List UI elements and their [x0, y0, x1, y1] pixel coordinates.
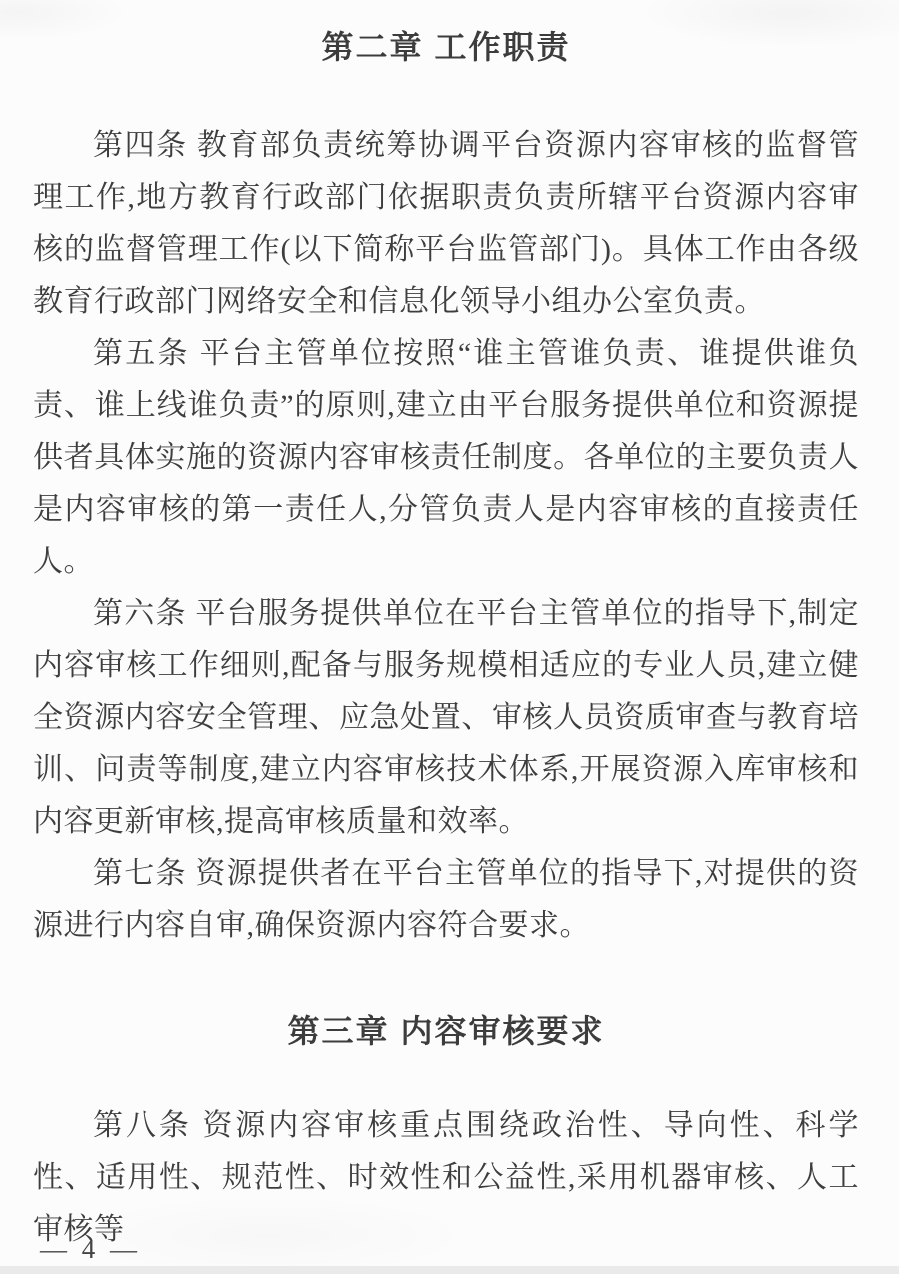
chapter-2-title: 第二章 工作职责: [33, 24, 859, 70]
article-6-paragraph: 第六条 平台服务提供单位在平台主管单位的指导下,制定内容审核工作细则,配备与服务…: [33, 588, 859, 848]
article-4-paragraph: 第四条 教育部负责统筹协调平台资源内容审核的监督管理工作,地方教育行政部门依据职…: [33, 120, 859, 328]
document-page: 第二章 工作职责 第四条 教育部负责统筹协调平台资源内容审核的监督管理工作,地方…: [0, 0, 899, 1274]
chapter-3-body: 第八条 资源内容审核重点围绕政治性、导向性、科学性、适用性、规范性、时效性和公益…: [33, 1100, 859, 1256]
chapter-3-title: 第三章 内容审核要求: [33, 1008, 859, 1054]
page-number: — 4 —: [40, 1234, 141, 1265]
scan-edge-artifact: [0, 1266, 899, 1274]
article-5-paragraph: 第五条 平台主管单位按照“谁主管谁负责、谁提供谁负责、谁上线谁负责”的原则,建立…: [33, 328, 859, 588]
article-8-paragraph: 第八条 资源内容审核重点围绕政治性、导向性、科学性、适用性、规范性、时效性和公益…: [33, 1100, 859, 1256]
article-7-paragraph: 第七条 资源提供者在平台主管单位的指导下,对提供的资源进行内容自审,确保资源内容…: [33, 848, 859, 952]
chapter-2-body: 第四条 教育部负责统筹协调平台资源内容审核的监督管理工作,地方教育行政部门依据职…: [33, 120, 859, 952]
